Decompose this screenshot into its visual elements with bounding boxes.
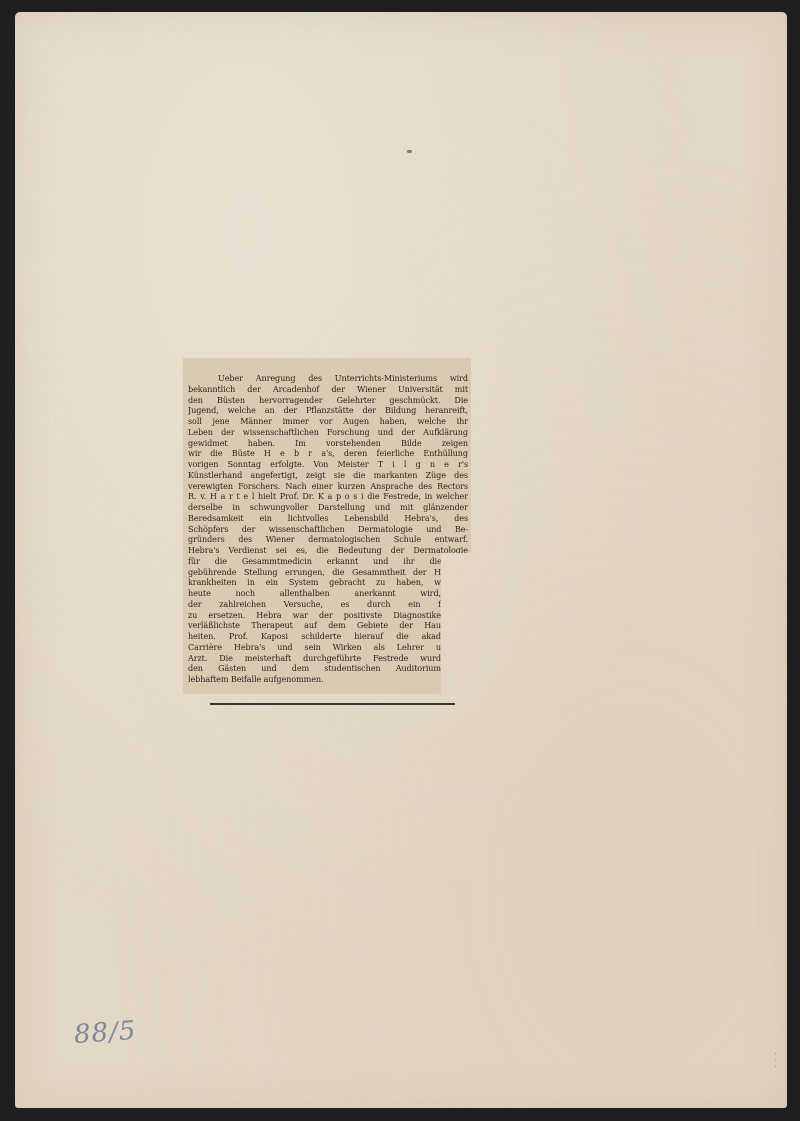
clipping-line: Schöpfers der wissenschaftlichen Dermato… (188, 524, 468, 535)
clipping-line: wir die Büste H e b r a's, deren feierli… (188, 448, 468, 459)
clipping-line: Jugend, welche an der Pflanzstätte der B… (188, 405, 468, 416)
clipping-line: derselbe in schwungvoller Darstellung un… (188, 502, 468, 513)
clipping-line: Hebra's Verdienst sei es, die Bedeutung … (188, 545, 468, 556)
clipping-line: verewigten Forschers. Nach einer kurzen … (188, 481, 468, 492)
clipping-line: Künstlerhand angefertigt, zeigt sie die … (188, 470, 468, 481)
clipping-line: soll jene Männer immer vor Augen haben, … (188, 416, 468, 427)
clipping-line: heiten. Prof. Kaposi schilderte hierauf … (188, 631, 441, 642)
clipping-line: der zahlreichen Versuche, es durch ein f (188, 599, 441, 610)
clipping-line: lebhaftem Beifalle aufgenommen. (188, 674, 441, 685)
clipping-line: für die Gesammtmedicin erkannt und ihr d… (188, 556, 468, 567)
clipping-line: Carrière Hebra's und sein Wirken als Leh… (188, 642, 441, 653)
clipping-line: gewidmet haben. Im vorstehenden Bilde ze… (188, 438, 468, 449)
ink-speck (407, 150, 412, 153)
clipping-line: bekanntlich der Arcadenhof der Wiener Un… (188, 384, 468, 395)
clipping-line: gründers des Wiener dermatologischen Sch… (188, 534, 468, 545)
clipping-line: Beredsamkeit ein lichtvolles Lebensbild … (188, 513, 468, 524)
clipping-line: zu ersetzen. Hebra war der positivste Di… (188, 610, 441, 621)
clipping-line: R. v. H a r t e l hielt Prof. Dr. K a p … (188, 491, 468, 502)
newspaper-clipping: Ueber Anregung des Unterrichts-Ministeri… (183, 358, 471, 694)
pencil-corner-marks: · · · (760, 1052, 780, 1102)
clipping-line: verläßlichste Therapeut auf dem Gebiete … (188, 620, 441, 631)
clipping-line: heute noch allenthalben anerkannt wird, (188, 588, 441, 599)
clipping-bottom-rule (210, 703, 455, 705)
handwritten-catalog-number: 88/5 (73, 1016, 137, 1050)
clipping-line: gebührende Stellung errungen, die Gesamm… (188, 567, 441, 578)
clipping-line: vorigen Sonntag erfolgte. Von Meister T … (188, 459, 468, 470)
clipping-text: Ueber Anregung des Unterrichts-Ministeri… (188, 373, 468, 685)
clipping-line: Arzt. Die meisterhaft durchgeführte Fest… (188, 653, 441, 664)
clipping-line: den Gästen und dem studentischen Auditor… (188, 663, 441, 674)
clipping-line: Ueber Anregung des Unterrichts-Ministeri… (188, 373, 468, 384)
clipping-line: Leben der wissenschaftlichen Forschung u… (188, 427, 468, 438)
clipping-line: krankheiten in ein System gebracht zu ha… (188, 577, 441, 588)
clipping-line: den Büsten hervorragender Gelehrter gesc… (188, 395, 468, 406)
